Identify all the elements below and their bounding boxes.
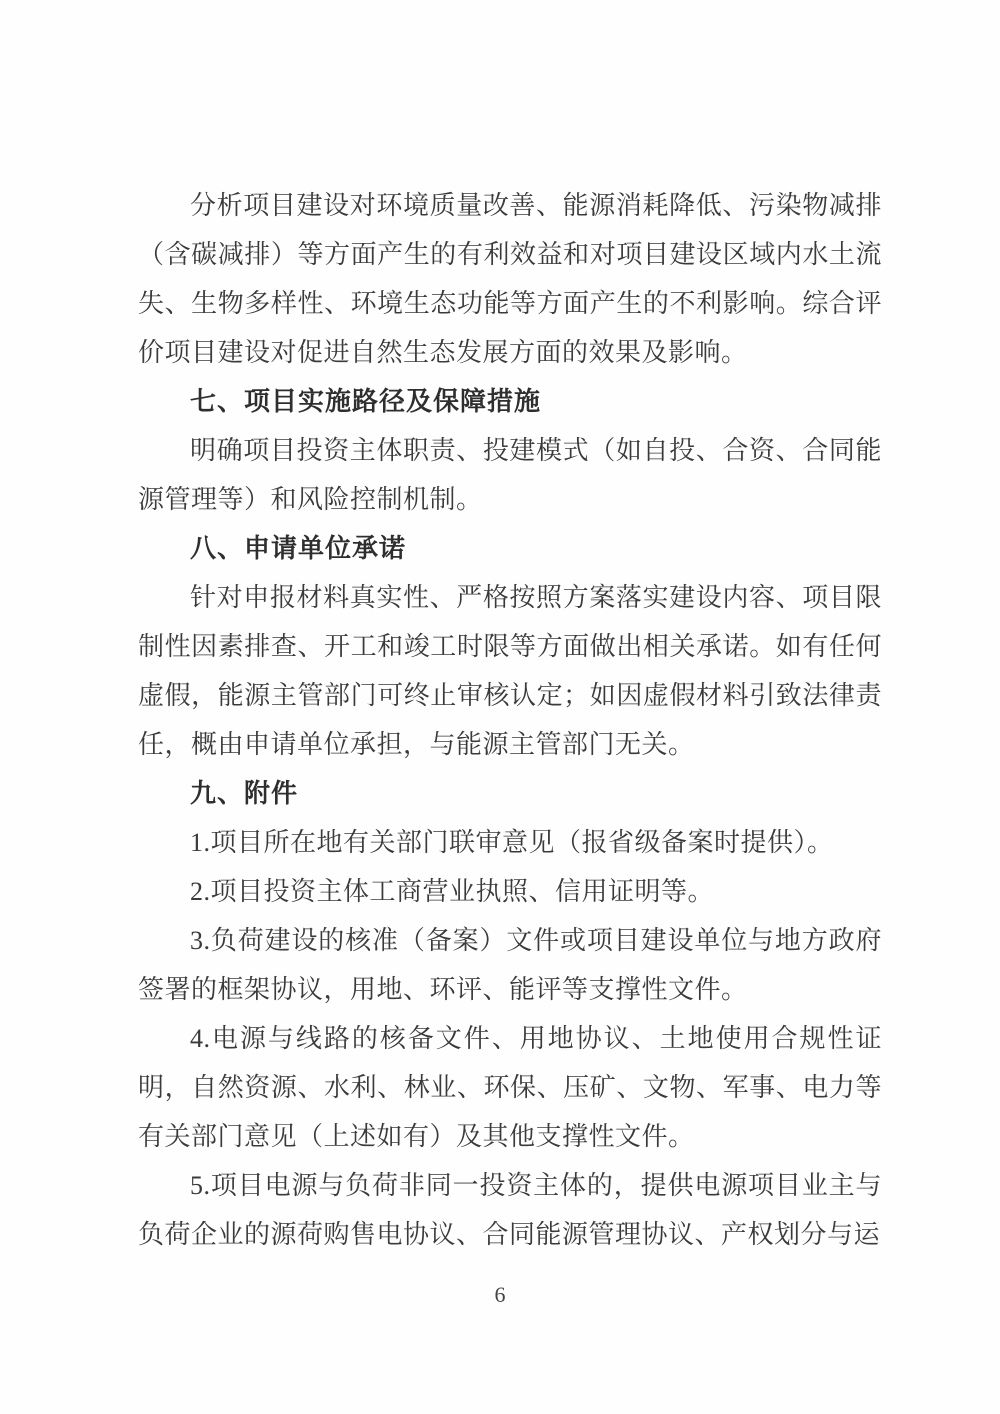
attachment-item-5: 5.项目电源与负荷非同一投资主体的，提供电源项目业主与负荷企业的源荷购售电协议、… — [138, 1161, 882, 1259]
body-paragraph-environmental-benefit: 分析项目建设对环境质量改善、能源消耗降低、污染物减排（含碳减排）等方面产生的有利… — [138, 181, 882, 377]
attachment-item-3: 3.负荷建设的核准（备案）文件或项目建设单位与地方政府签署的框架协议，用地、环评… — [138, 916, 882, 1014]
section-heading-7-implementation-path: 七、项目实施路径及保障措施 — [138, 377, 882, 426]
body-paragraph-commitment-details: 针对申报材料真实性、严格按照方案落实建设内容、项目限制性因素排查、开工和竣工时限… — [138, 573, 882, 769]
page-footer: 6 — [0, 1278, 1000, 1312]
attachment-item-2: 2.项目投资主体工商营业执照、信用证明等。 — [138, 867, 882, 916]
attachment-item-4: 4.电源与线路的核备文件、用地协议、土地使用合规性证明，自然资源、水利、林业、环… — [138, 1014, 882, 1161]
section-heading-9-attachments: 九、附件 — [138, 769, 882, 818]
body-paragraph-investment-responsibility: 明确项目投资主体职责、投建模式（如自投、合资、合同能源管理等）和风险控制机制。 — [138, 426, 882, 524]
page-number: 6 — [495, 1282, 506, 1307]
page-content: 分析项目建设对环境质量改善、能源消耗降低、污染物减排（含碳减排）等方面产生的有利… — [138, 181, 882, 1259]
document-page: 分析项目建设对环境质量改善、能源消耗降低、污染物减排（含碳减排）等方面产生的有利… — [0, 0, 1000, 1414]
attachment-item-1: 1.项目所在地有关部门联审意见（报省级备案时提供）。 — [138, 818, 882, 867]
section-heading-8-applicant-commitment: 八、申请单位承诺 — [138, 524, 882, 573]
